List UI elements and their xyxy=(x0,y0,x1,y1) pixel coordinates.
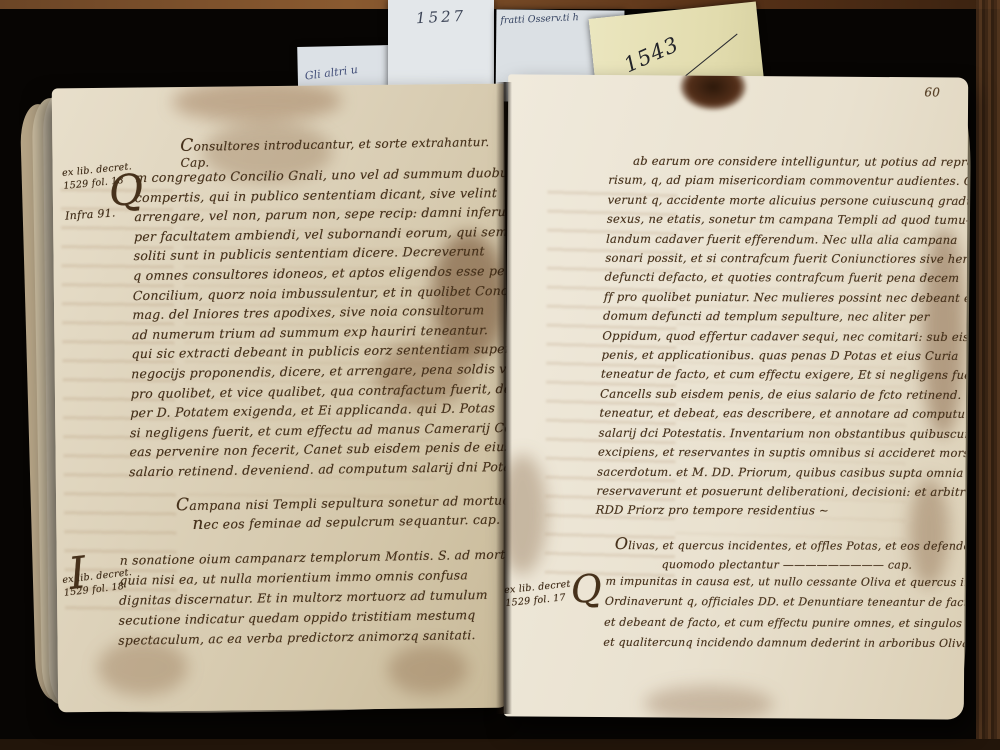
manuscript-line: landum cadaver fuerit efferendum. Nec ul… xyxy=(606,229,959,250)
manuscript-line: sacerdotum. et M. DD. Priorum, quibus ca… xyxy=(597,462,950,483)
manuscript-line: teneatur de facto, et cum effectu exiger… xyxy=(601,365,954,386)
manuscript-line: et debeant de facto, et cum effectu puni… xyxy=(604,613,969,635)
body-paragraph-olivas: m impunitas in causa est, ut nullo cessa… xyxy=(603,572,968,655)
book-gutter-shadow xyxy=(496,82,512,714)
manuscript-line: penis, et applicationibus. quas penas D … xyxy=(601,346,954,367)
folio-page-number: 60 xyxy=(924,85,940,99)
manuscript-line: sonari possit, et si contrafcum fuerit C… xyxy=(605,249,958,270)
manuscript-line: salario retinend. deveniend. ad computum… xyxy=(129,457,491,482)
body-paragraph-campana: n sonatione oium campanarz templorum Mon… xyxy=(118,545,502,651)
paper-stain xyxy=(172,84,342,123)
paper-stain xyxy=(644,685,774,719)
chapter-heading-campana: Campana nisi Templi sepultura sonetur ad… xyxy=(176,490,510,534)
chapter-heading-olivas: Olivas, et quercus incidentes, et offles… xyxy=(615,534,959,575)
slip-note-text: Gli altri u xyxy=(304,63,358,83)
illuminated-initial: Q xyxy=(569,566,604,612)
heading-line: Olivas, et quercus incidentes, et offles… xyxy=(615,534,959,556)
heading-text: livas, et quercus incidentes, et offles … xyxy=(628,539,968,553)
table-edge-top xyxy=(0,0,1000,9)
manuscript-line: verunt q, accidente morte alicuius perso… xyxy=(607,191,960,212)
left-page: Consultores introducantur, et sorte extr… xyxy=(52,84,511,713)
manuscript-line: ab earum ore considere intelliguntur, ut… xyxy=(633,152,962,173)
manuscript-line: reservaverunt et posuerunt deliberationi… xyxy=(596,482,949,503)
slip-year-label: 1527 xyxy=(416,7,467,28)
table-edge-bottom xyxy=(0,739,1000,750)
manuscript-line: risum, q, ad piam misericordiam commoven… xyxy=(608,171,961,192)
note-year-label: 1543 xyxy=(620,32,682,77)
manuscript-line: domum defuncti ad templum sepulture, nec… xyxy=(603,307,956,328)
burn-mark xyxy=(680,74,746,110)
manuscript-line: salarij dci Potestatis. Inventarium non … xyxy=(598,423,951,444)
manuscript-line: defuncti defacto, et quoties contrafcum … xyxy=(604,268,957,289)
slip-note-text: fratti Osserv.ti h xyxy=(500,12,579,26)
manuscript-line: Ordinaverunt q, officiales DD. et Denunt… xyxy=(604,592,968,614)
manuscript-line: RDD Priorz pro tempore residentius ~ xyxy=(595,501,948,522)
manuscript-line: sexus, ne etatis, sonetur tm campana Tem… xyxy=(607,210,960,231)
body-paragraph-consultores: m congregato Concilio Gnali, uno vel ad … xyxy=(129,163,498,482)
right-page: 60 ab earum ore considere intelliguntur,… xyxy=(504,74,968,719)
manuscript-line: excipiens, et reservantes in suptis omni… xyxy=(598,443,951,464)
manuscript-line: m impunitas in causa est, ut nullo cessa… xyxy=(605,572,968,594)
manuscript-line: ff pro quolibet puniatur. Nec mulieres p… xyxy=(604,288,957,309)
manuscript-line: Cancells sub eisdem penis, de eius salar… xyxy=(600,385,953,406)
illuminated-initial: O xyxy=(615,534,628,553)
manuscript-line: et qualitercunq incidendo damnum dederin… xyxy=(603,633,968,655)
paper-stain xyxy=(388,644,469,695)
margin-citation: ex lib. decret1529 fol. 17 xyxy=(504,577,578,610)
table-edge-right xyxy=(976,0,1000,750)
body-paragraph-campana-continued: ab earum ore considere intelliguntur, ut… xyxy=(595,152,961,522)
manuscript-line: Oppidum, quod effertur cadaver sequi, ne… xyxy=(602,326,955,347)
manuscript-line: teneatur, et debeat, eas describere, et … xyxy=(599,404,952,425)
manuscript-photo: Gli altri u 1527 963 fratti Osserv.ti h … xyxy=(0,0,1000,750)
margin-note-infra: Infra 91. xyxy=(65,206,116,222)
